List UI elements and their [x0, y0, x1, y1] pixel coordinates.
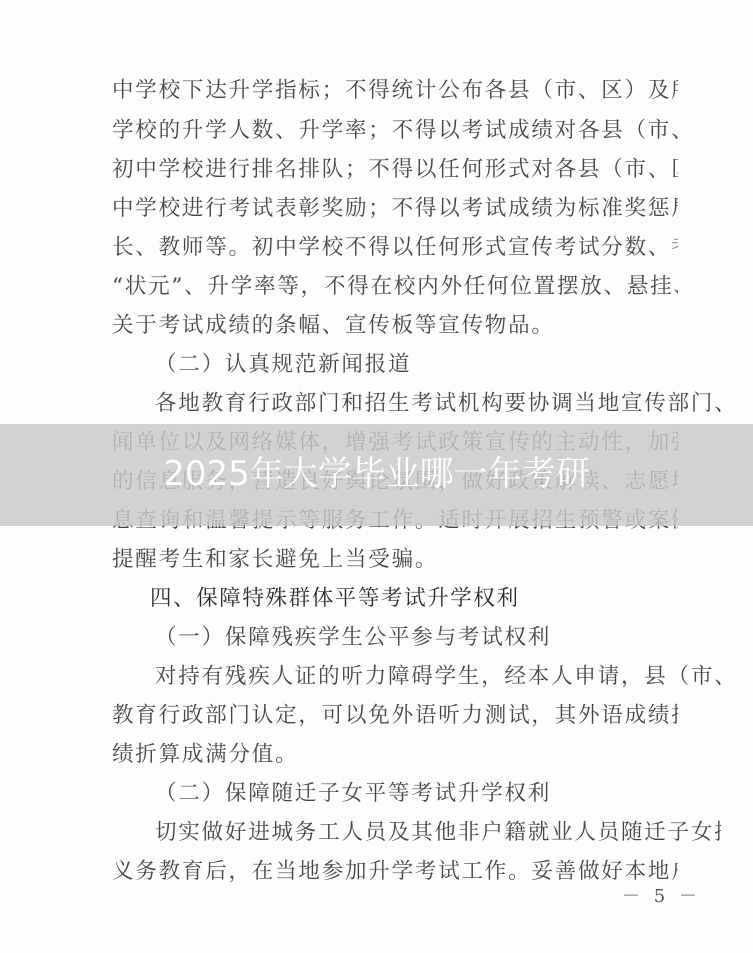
section-heading: 四、保障特殊群体平等考试升学权利: [150, 584, 716, 614]
body-text-line: 关于考试成绩的条幅、宣传板等宣传物品。: [112, 311, 678, 341]
overlay-title: 2025年大学毕业哪一年考研: [0, 452, 753, 496]
body-text-line: 教育行政部门认定，可以免外语听力测试，其外语成绩按笔试成: [112, 701, 678, 731]
body-text-line: 中学校下达升学指标；不得统计公布各县（市、区）及所属初中: [112, 76, 678, 106]
body-text-line: 提醒考生和家长避免上当受骗。: [112, 545, 678, 575]
subsection-heading: （一）保障残疾学生公平参与考试权利: [155, 623, 721, 653]
body-text-line: “状元”、升学率等，不得在校内外任何位置摆放、悬挂、张贴: [112, 272, 678, 302]
subsection-heading: （二）认真规范新闻报道: [155, 350, 721, 380]
page-number: － 5 －: [622, 882, 701, 908]
body-text-line: 对持有残疾人证的听力障碍学生，经本人申请，县（市、区）: [155, 662, 721, 692]
body-text-line: 中学校进行考试表彰奖励；不得以考试成绩为标准奖惩局长、校: [112, 194, 678, 224]
body-text-line: 学校的升学人数、升学率；不得以考试成绩对各县（市、区）及: [112, 116, 678, 146]
body-text-line: 长、教师等。初中学校不得以任何形式宣传考试分数、考试排名、: [112, 233, 678, 263]
body-text-line: 各地教育行政部门和招生考试机构要协调当地宣传部门、新: [155, 389, 721, 419]
body-text-line: 义务教育后，在当地参加升学考试工作。妥善做好本地户籍人员: [112, 857, 678, 887]
body-text-line: 初中学校进行排名排队；不得以任何形式对各县（市、区）及初: [112, 155, 678, 185]
body-text-line: 切实做好进城务工人员及其他非户籍就业人员随迁子女接受: [155, 818, 721, 848]
body-text-line: 绩折算成满分值。: [112, 740, 678, 770]
subsection-heading: （二）保障随迁子女平等考试升学权利: [155, 779, 721, 809]
